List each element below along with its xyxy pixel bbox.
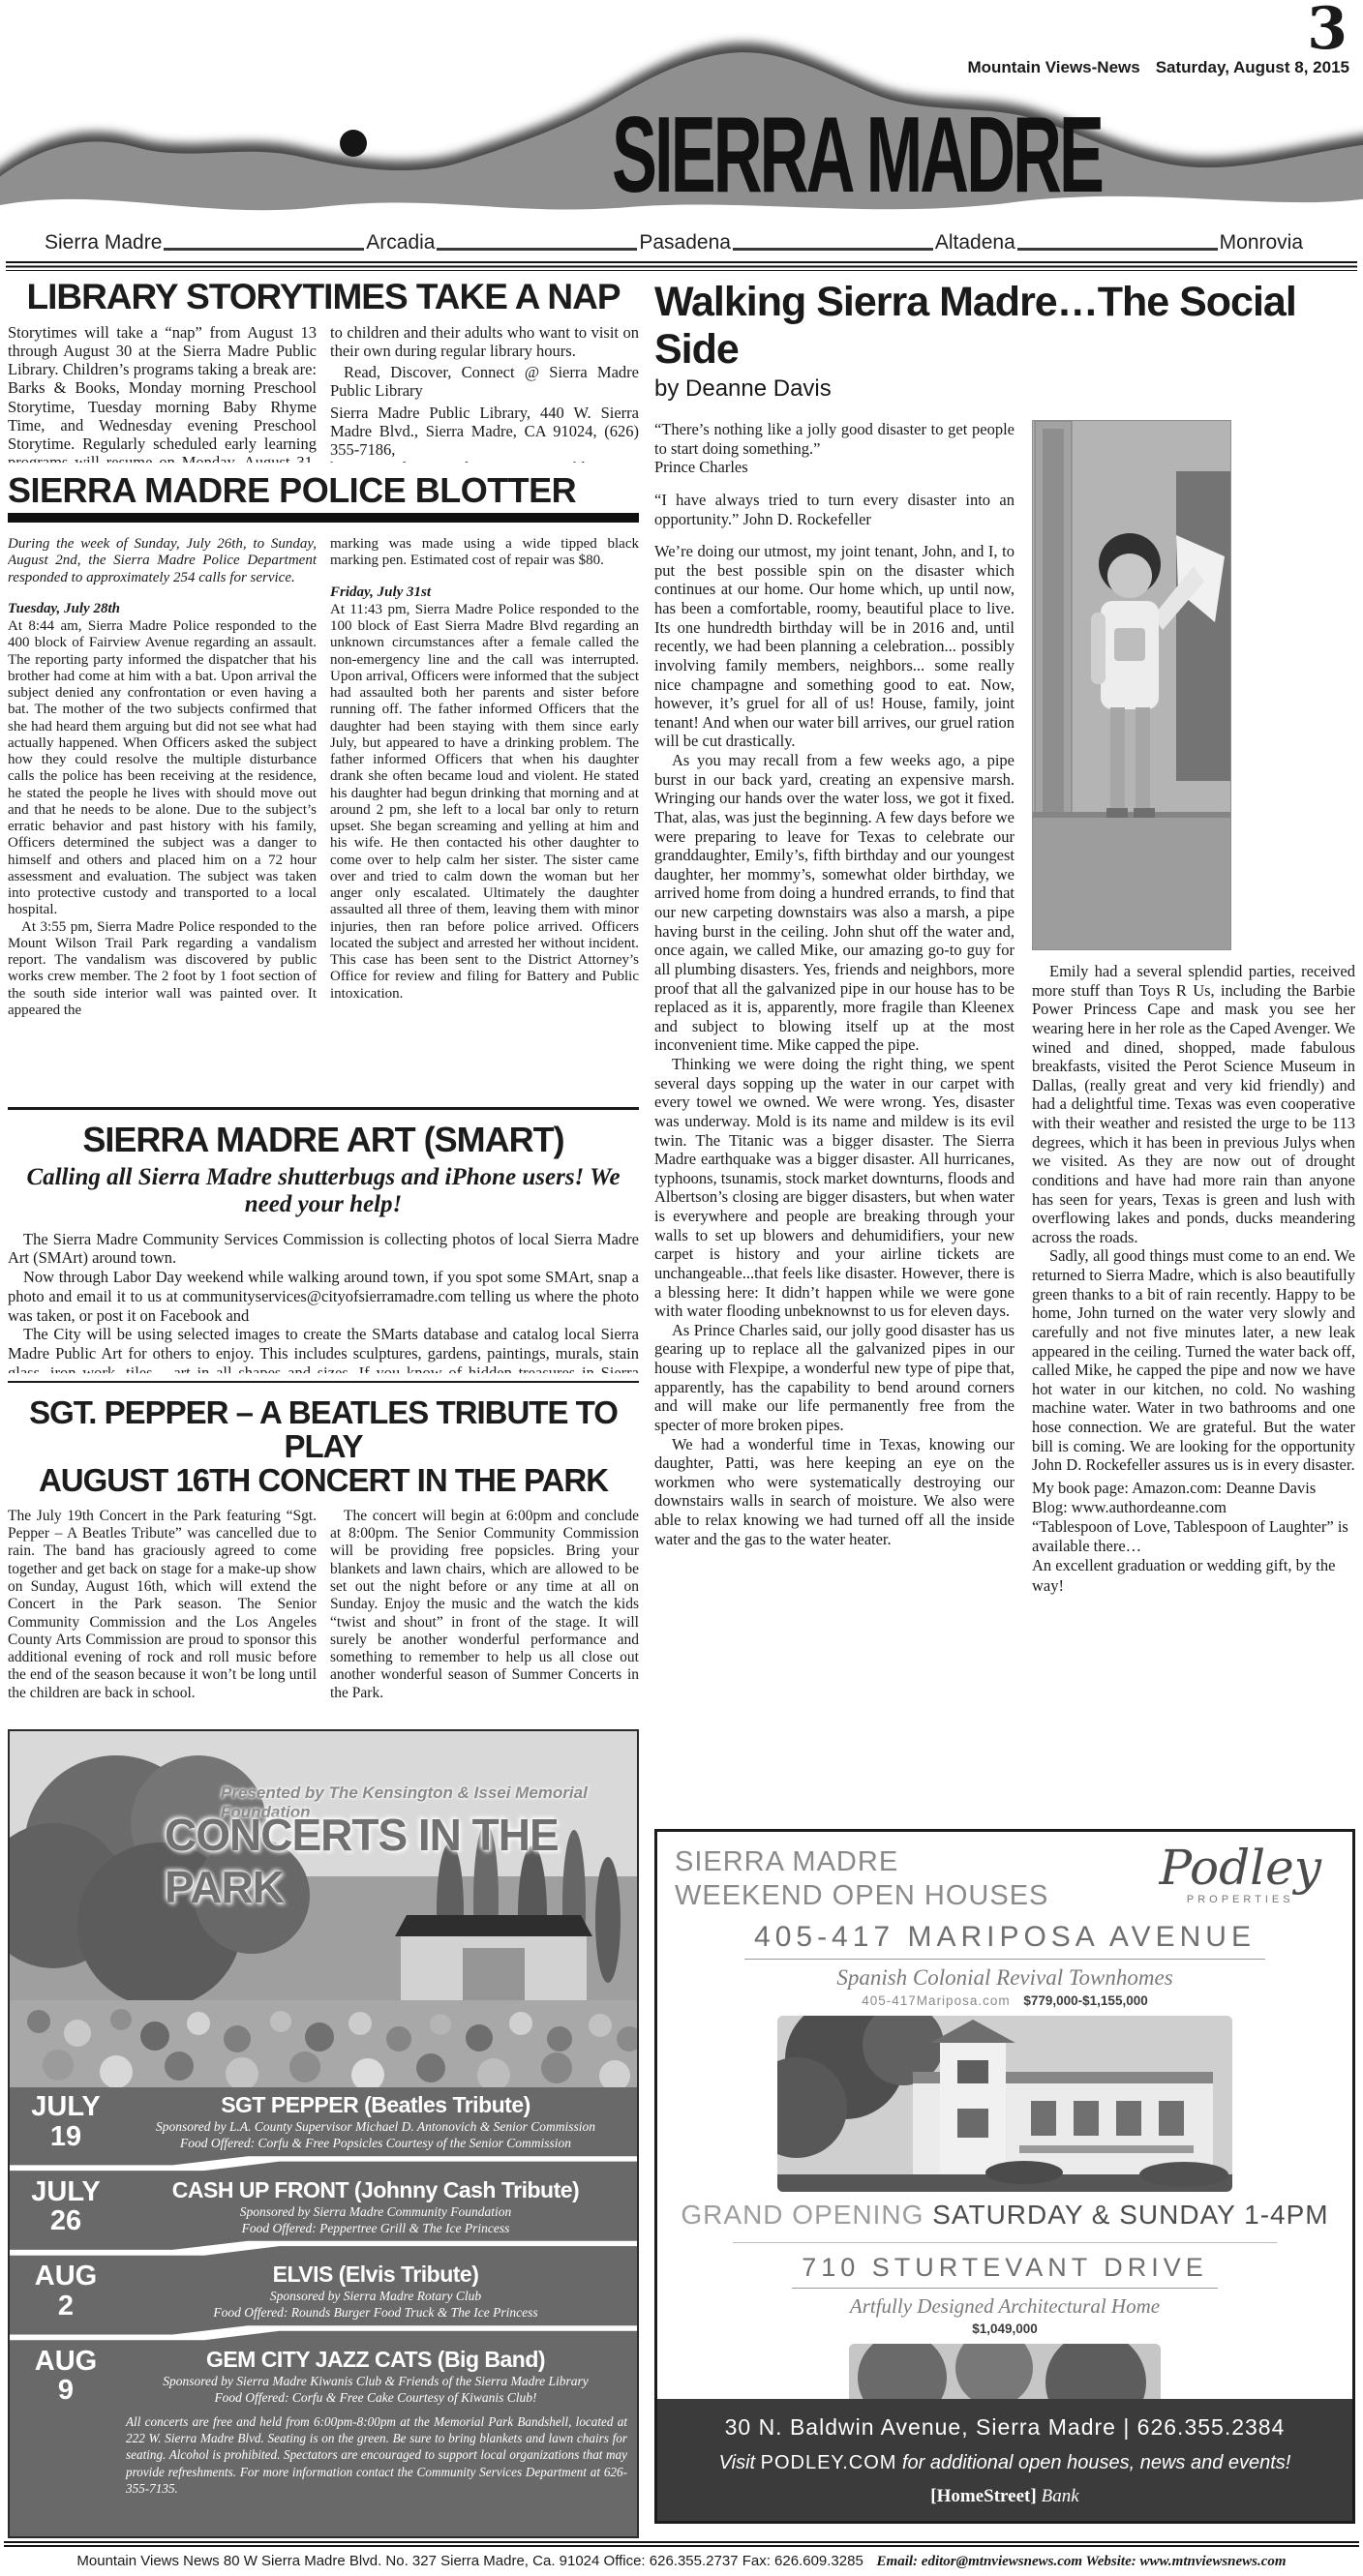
podley-logo: Podley PROPERTIES <box>1159 1845 1335 1905</box>
blotter-day1-p2: At 3:55 pm, Sierra Madre Police responde… <box>8 919 317 1020</box>
walking-p3: Thinking we were doing the right thing, … <box>654 1055 1015 1321</box>
city-divider-line <box>437 248 637 251</box>
concert-date: JULY26 <box>10 2177 122 2236</box>
walking-p1: We’re doing our utmost, my joint tenant,… <box>654 542 1015 751</box>
sun-dot <box>340 130 367 157</box>
walking-p2: As you may recall from a few weeks ago, … <box>654 751 1015 1055</box>
concert-food: Food Offered: Corfu & Free Cake Courtesy… <box>122 2389 629 2406</box>
library-col1-text: Storytimes will take a “nap” from August… <box>8 323 317 463</box>
listing1-open-label: GRAND OPENING <box>681 2200 924 2230</box>
podley-ad-title-line2: WEEKEND OPEN HOUSES <box>675 1879 1048 1913</box>
listing1-subtitle: Spanish Colonial Revival Townhomes <box>675 1965 1335 1991</box>
concert-row-july26: JULY26 CASH UP FRONT (Johnny Cash Tribut… <box>10 2172 637 2241</box>
sgt-headline-line2: AUGUST 16TH CONCERT IN THE PARK <box>8 1464 639 1498</box>
walking-quote2: “I have always tried to turn every disas… <box>654 491 1015 528</box>
issue-line: Mountain Views-NewsSaturday, August 8, 2… <box>967 58 1349 77</box>
concerts-title: CONCERTS IN THE PARK <box>165 1809 635 1913</box>
article-library-storytimes: LIBRARY STORYTIMES TAKE A NAP Storytimes… <box>8 277 639 463</box>
cities-bar: Sierra Madre Arcadia Pasadena Altadena M… <box>0 228 1363 257</box>
listing-divider <box>733 2242 1277 2243</box>
schedule-divider <box>10 2156 637 2172</box>
smart-subhead: Calling all Sierra Madre shutterbugs and… <box>8 1164 639 1218</box>
article-smart: SIERRA MADRE ART (SMART) Calling all Sie… <box>8 1116 639 1373</box>
article-walking-sierra-madre: Walking Sierra Madre…The Social Side by … <box>654 277 1355 1823</box>
footer-rule <box>4 2541 1359 2548</box>
concert-sponsor: Sponsored by Sierra Madre Rotary Club <box>122 2288 629 2304</box>
concert-date: AUG2 <box>10 2261 122 2321</box>
blotter-day2-heading: Friday, July 31st <box>330 584 639 601</box>
smart-headline: SIERRA MADRE ART (SMART) <box>8 1120 639 1160</box>
concert-row-july19: JULY19 SGT PEPPER (Beatles Tribute) Spon… <box>10 2087 637 2156</box>
paper-name: Mountain Views-News <box>967 58 1139 76</box>
walking-book-page: My book page: Amazon.com: Deanne Davis <box>1032 1479 1355 1498</box>
section-rule <box>8 1107 639 1110</box>
walking-headline: Walking Sierra Madre…The Social Side <box>654 279 1355 374</box>
blotter-day2-p1: At 11:43 pm, Sierra Madre Police respond… <box>330 602 639 1003</box>
listing1-open-times: SATURDAY & SUNDAY 1-4PM <box>932 2200 1328 2230</box>
listing1-photo <box>777 2016 1232 2192</box>
concert-row-aug9: AUG9 GEM CITY JAZZ CATS (Big Band) Spons… <box>10 2342 637 2411</box>
city-divider-line <box>1017 248 1218 251</box>
podley-open-houses-ad: SIERRA MADRE WEEKEND OPEN HOUSES Podley … <box>654 1829 1355 2524</box>
podley-visit-post: for additional open houses, news and eve… <box>896 2452 1290 2473</box>
city-pasadena: Pasadena <box>637 231 733 255</box>
city-divider-line <box>164 248 364 251</box>
concerts-ad-photo: Presented by The Kensington & Issei Memo… <box>10 1731 637 2087</box>
podley-address-phone: 30 N. Baldwin Avenue, Sierra Madre | 626… <box>657 2414 1352 2441</box>
concert-sponsor: Sponsored by Sierra Madre Kiwanis Club &… <box>122 2373 629 2389</box>
podley-website: PODLEY.COM <box>761 2452 897 2473</box>
newspaper-page: 3 Mountain Views-NewsSaturday, August 8,… <box>0 0 1363 2576</box>
sgt-headline-line1: SGT. PEPPER – A BEATLES TRIBUTE TO PLAY <box>8 1396 639 1464</box>
blotter-rule <box>8 513 639 523</box>
concert-sponsor: Sponsored by Sierra Madre Community Foun… <box>122 2203 629 2220</box>
footer-contact: Mountain Views News 80 W Sierra Madre Bl… <box>76 2553 863 2569</box>
blotter-continued: marking was made using a wide tipped bla… <box>330 536 639 570</box>
city-altadena: Altadena <box>933 231 1017 255</box>
spanish-townhome-illustration <box>777 2016 1232 2192</box>
city-arcadia: Arcadia <box>364 231 437 255</box>
schedule-divider <box>10 2325 637 2342</box>
homestreet-bank-logo: [HomeStreet]Bank <box>657 2486 1352 2507</box>
concerts-footnote: All concerts are free and held from 6:00… <box>126 2413 627 2497</box>
listing-mariposa: 405-417 MARIPOSA AVENUE Spanish Colonial… <box>675 1913 1335 2231</box>
city-monrovia: Monrovia <box>1218 231 1305 255</box>
listing1-website: 405-417Mariposa.com <box>862 1993 1010 2008</box>
section-rule <box>8 1381 639 1384</box>
sgt-col2-text: The concert will begin at 6:00pm and con… <box>330 1508 639 1702</box>
concert-food: Food Offered: Corfu & Free Popsicles Cou… <box>122 2135 629 2151</box>
walking-emily-text: Emily had a several splendid parties, re… <box>1032 962 1355 1246</box>
podley-ad-title-line1: SIERRA MADRE <box>675 1845 1048 1879</box>
sgt-col1-text: The July 19th Concert in the Park featur… <box>8 1508 317 1702</box>
library-col2-p2: Read, Discover, Connect @ Sierra Madre P… <box>330 363 639 400</box>
masthead-title: SIERRA MADRE <box>612 93 1102 217</box>
listing2-address: 710 STURTEVANT DRIVE <box>792 2253 1218 2289</box>
concert-row-aug2: AUG2 ELVIS (Elvis Tribute) Sponsored by … <box>10 2257 637 2325</box>
listing2-subtitle: Artfully Designed Architectural Home <box>675 2294 1335 2319</box>
blotter-day1-p1: At 8:44 am, Sierra Madre Police responde… <box>8 618 317 919</box>
concerts-in-the-park-ad: Presented by The Kensington & Issei Memo… <box>8 1729 639 2538</box>
walking-quote1: “There’s nothing like a jolly good disas… <box>654 420 1015 458</box>
concert-sponsor: Sponsored by L.A. County Supervisor Mich… <box>122 2118 629 2135</box>
masthead-rule <box>6 261 1357 271</box>
walking-blog: Blog: www.authordeanne.com <box>1032 1498 1355 1517</box>
smart-p1: The Sierra Madre Community Services Comm… <box>8 1230 639 1269</box>
walking-p5: We had a wonderful time in Texas, knowin… <box>654 1435 1015 1549</box>
blotter-day1-heading: Tuesday, July 28th <box>8 601 317 617</box>
library-col2-p1: to children and their adults who want to… <box>330 323 639 360</box>
concert-food: Food Offered: Peppertree Grill & The Ice… <box>122 2220 629 2236</box>
concert-band: SGT PEPPER (Beatles Tribute) <box>122 2092 629 2118</box>
library-headline: LIBRARY STORYTIMES TAKE A NAP <box>8 277 639 317</box>
walking-p4: As Prince Charles said, our jolly good d… <box>654 1321 1015 1435</box>
listing1-address: 405-417 MARIPOSA AVENUE <box>744 1921 1265 1960</box>
city-divider-line <box>733 248 933 251</box>
concert-band: ELVIS (Elvis Tribute) <box>122 2261 629 2288</box>
library-col2-p3: Sierra Madre Public Library, 440 W. Sier… <box>330 404 639 464</box>
article-sgt-pepper: SGT. PEPPER – A BEATLES TRIBUTE TO PLAY … <box>8 1389 639 1718</box>
walking-sadly-text: Sadly, all good things must come to an e… <box>1032 1246 1355 1475</box>
walking-book-title: “Tablespoon of Love, Tablespoon of Laugh… <box>1032 1517 1355 1556</box>
article-police-blotter: SIERRA MADRE POLICE BLOTTER During the w… <box>8 470 639 1099</box>
listing1-price: $779,000-$1,155,000 <box>1023 1993 1147 2008</box>
page-footer: Mountain Views News 80 W Sierra Madre Bl… <box>0 2541 1363 2576</box>
listing2-price: $1,049,000 <box>972 2321 1038 2336</box>
concert-band: GEM CITY JAZZ CATS (Big Band) <box>122 2347 629 2373</box>
city-sierra-madre: Sierra Madre <box>43 231 164 255</box>
child-portrait-illustration <box>1033 421 1230 949</box>
emily-photo <box>1032 420 1231 950</box>
walking-byline: by Deanne Davis <box>654 375 1355 403</box>
podley-logo-script: Podley <box>1159 1845 1321 1892</box>
blotter-headline: SIERRA MADRE POLICE BLOTTER <box>8 470 639 511</box>
walking-quote1-attr: Prince Charles <box>654 458 1015 477</box>
blotter-intro: During the week of Sunday, July 26th, to… <box>8 536 317 586</box>
footer-email-website: Email: editor@mtnviewsnews.com Website: … <box>877 2554 1287 2569</box>
walking-book-note: An excellent graduation or wedding gift,… <box>1032 1556 1355 1595</box>
podley-ad-footer: 30 N. Baldwin Avenue, Sierra Madre | 626… <box>657 2399 1352 2521</box>
concert-band: CASH UP FRONT (Johnny Cash Tribute) <box>122 2177 629 2203</box>
smart-p2: Now through Labor Day weekend while walk… <box>8 1268 639 1325</box>
concert-date: JULY19 <box>10 2092 122 2151</box>
masthead: 3 Mountain Views-NewsSaturday, August 8,… <box>0 0 1363 228</box>
concert-date: AUG9 <box>10 2347 122 2406</box>
schedule-divider <box>10 2240 637 2257</box>
podley-visit-pre: Visit <box>719 2452 761 2473</box>
concert-food: Food Offered: Rounds Burger Food Truck &… <box>122 2304 629 2321</box>
page-number: 3 <box>1307 0 1348 58</box>
issue-date: Saturday, August 8, 2015 <box>1156 58 1349 76</box>
smart-p3: The City will be using selected images t… <box>8 1325 639 1372</box>
